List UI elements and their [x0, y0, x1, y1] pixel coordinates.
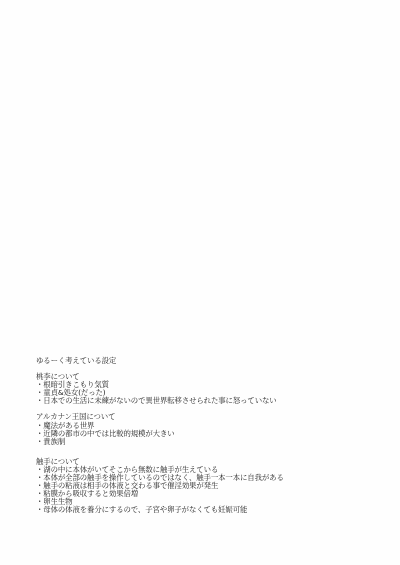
section-arcanan-kingdom: アルカナン王国について ・魔法がある世界 ・近隣の都市の中では比較的規模が大きい…: [36, 413, 366, 445]
list-item: ・日本での生活に未練がないので異世界転移させられた事に怒っていない: [36, 397, 366, 405]
notes-title: ゆるーく考えている設定: [36, 357, 366, 365]
list-item: ・貴族制: [36, 438, 366, 446]
list-item: ・近隣の都市の中では比較的規模が大きい: [36, 430, 366, 438]
list-item: ・母体の体液を養分にするので、子宮や卵子がなくても妊娠可能: [36, 506, 366, 514]
settings-notes: ゆるーく考えている設定 桃李について ・根暗引きこもり気質 ・童貞&処女(だった…: [36, 357, 366, 515]
section-touri: 桃李について ・根暗引きこもり気質 ・童貞&処女(だった) ・日本での生活に未練…: [36, 373, 366, 405]
list-item: ・粘膜から吸収すると効果倍増: [36, 490, 366, 498]
spacer: [36, 446, 366, 458]
section-tentacles: 触手について ・湖の中に本体がいてそこから無数に触手が生えている ・本体が全部の…: [36, 458, 366, 515]
